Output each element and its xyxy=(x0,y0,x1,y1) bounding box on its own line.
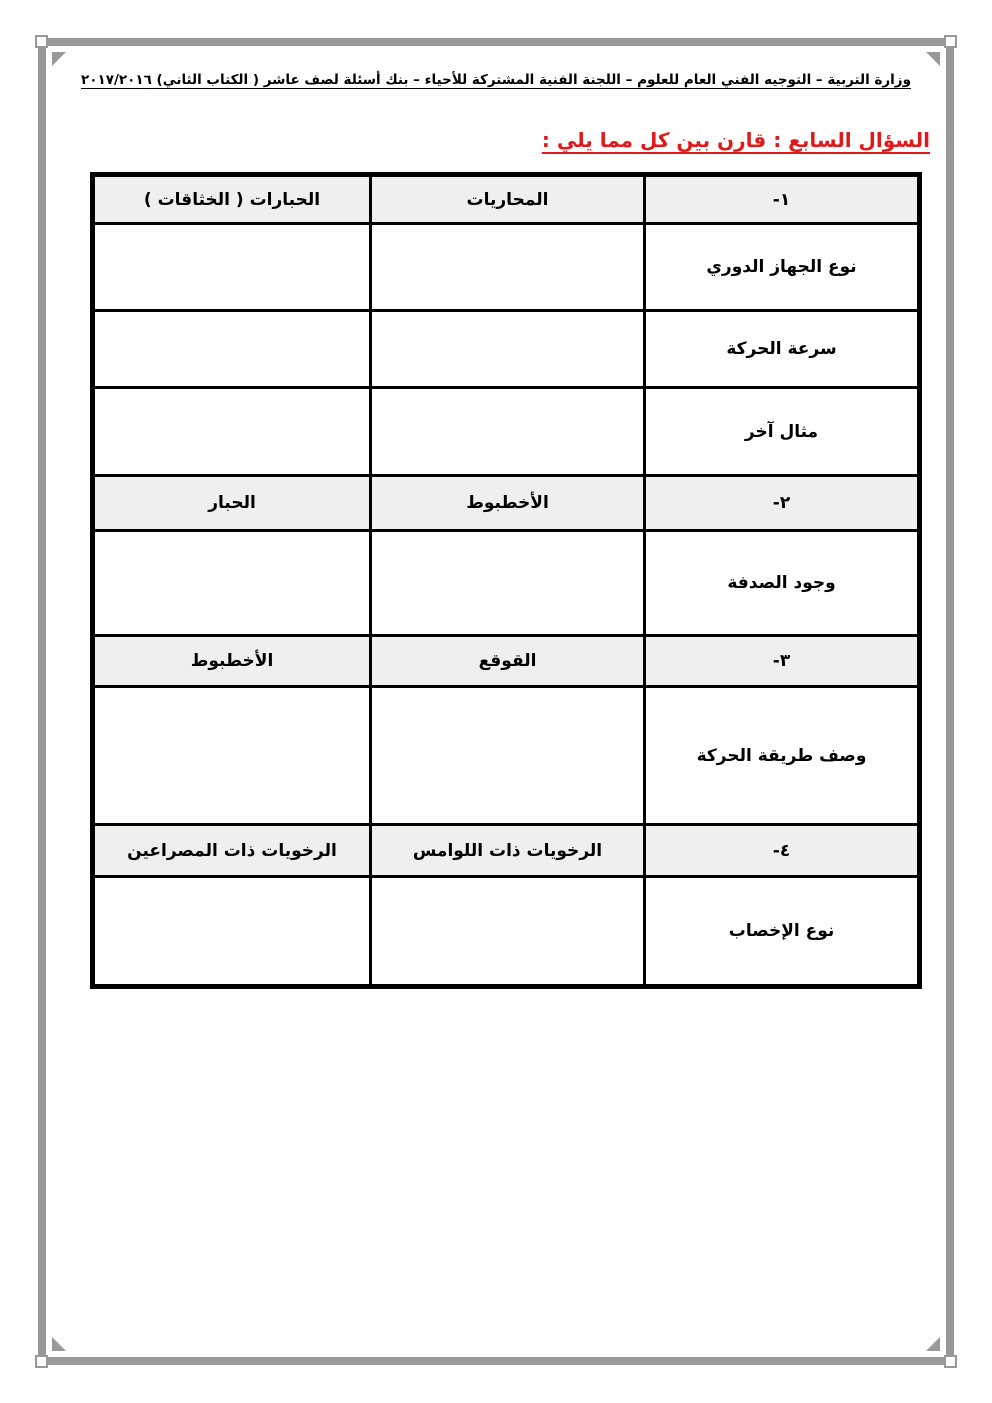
table-row: مثال آخر xyxy=(93,388,920,476)
row-number-cell: ١- xyxy=(645,175,920,224)
criterion-cell: نوع الجهاز الدوري xyxy=(645,224,920,311)
subject-cell: المحاريات xyxy=(371,175,645,224)
subject-cell: الرخويات ذات اللوامس xyxy=(371,825,645,877)
page-frame-right-bar xyxy=(946,48,954,1356)
subject-cell: الرخويات ذات المصراعين xyxy=(93,825,371,877)
answer-cell xyxy=(93,687,371,825)
table-row: وصف طريقة الحركة xyxy=(93,687,920,825)
criterion-cell: نوع الإخصاب xyxy=(645,877,920,987)
page-frame-top-bar xyxy=(48,38,944,46)
corner-notch-top-right xyxy=(944,35,957,48)
subject-cell: الحبارات ( الخثاقات ) xyxy=(93,175,371,224)
table-row: نوع الإخصاب xyxy=(93,877,920,987)
corner-triangle-icon xyxy=(926,52,940,66)
subject-cell: القوقع xyxy=(371,636,645,687)
table-row: ٣- القوقع الأخطبوط xyxy=(93,636,920,687)
document-page: وزارة التربية – التوجيه الفني العام للعل… xyxy=(0,0,992,1403)
corner-notch-bottom-right xyxy=(944,1355,957,1368)
answer-cell xyxy=(371,531,645,636)
corner-notch-top-left xyxy=(35,35,48,48)
table-row: نوع الجهاز الدوري xyxy=(93,224,920,311)
answer-cell xyxy=(371,877,645,987)
corner-triangle-icon xyxy=(52,1337,66,1351)
answer-cell xyxy=(371,311,645,388)
table-row: ٤- الرخويات ذات اللوامس الرخويات ذات الم… xyxy=(93,825,920,877)
table-row: سرعة الحركة xyxy=(93,311,920,388)
answer-cell xyxy=(371,224,645,311)
answer-cell xyxy=(93,531,371,636)
answer-cell xyxy=(93,311,371,388)
table-row: ١- المحاريات الحبارات ( الخثاقات ) xyxy=(93,175,920,224)
table-row: ٢- الأخطبوط الحبار xyxy=(93,476,920,531)
page-frame-left-bar xyxy=(38,48,46,1356)
subject-cell: الأخطبوط xyxy=(93,636,371,687)
document-header-line: وزارة التربية – التوجيه الفني العام للعل… xyxy=(60,72,932,88)
answer-cell xyxy=(371,388,645,476)
criterion-cell: وجود الصدفة xyxy=(645,531,920,636)
answer-cell xyxy=(93,224,371,311)
row-number-cell: ٤- xyxy=(645,825,920,877)
answer-cell xyxy=(93,877,371,987)
corner-triangle-icon xyxy=(926,1337,940,1351)
answer-cell xyxy=(371,687,645,825)
subject-cell: الأخطبوط xyxy=(371,476,645,531)
criterion-cell: سرعة الحركة xyxy=(645,311,920,388)
row-number-cell: ٣- xyxy=(645,636,920,687)
criterion-cell: مثال آخر xyxy=(645,388,920,476)
subject-cell: الحبار xyxy=(93,476,371,531)
criterion-cell: وصف طريقة الحركة xyxy=(645,687,920,825)
corner-triangle-icon xyxy=(52,52,66,66)
page-frame-bottom-bar xyxy=(48,1357,944,1365)
table-row: وجود الصدفة xyxy=(93,531,920,636)
corner-notch-bottom-left xyxy=(35,1355,48,1368)
row-number-cell: ٢- xyxy=(645,476,920,531)
question-title: السؤال السابع : قارن بين كل مما يلي : xyxy=(542,128,930,152)
comparison-table: ١- المحاريات الحبارات ( الخثاقات ) نوع ا… xyxy=(90,172,922,989)
answer-cell xyxy=(93,388,371,476)
